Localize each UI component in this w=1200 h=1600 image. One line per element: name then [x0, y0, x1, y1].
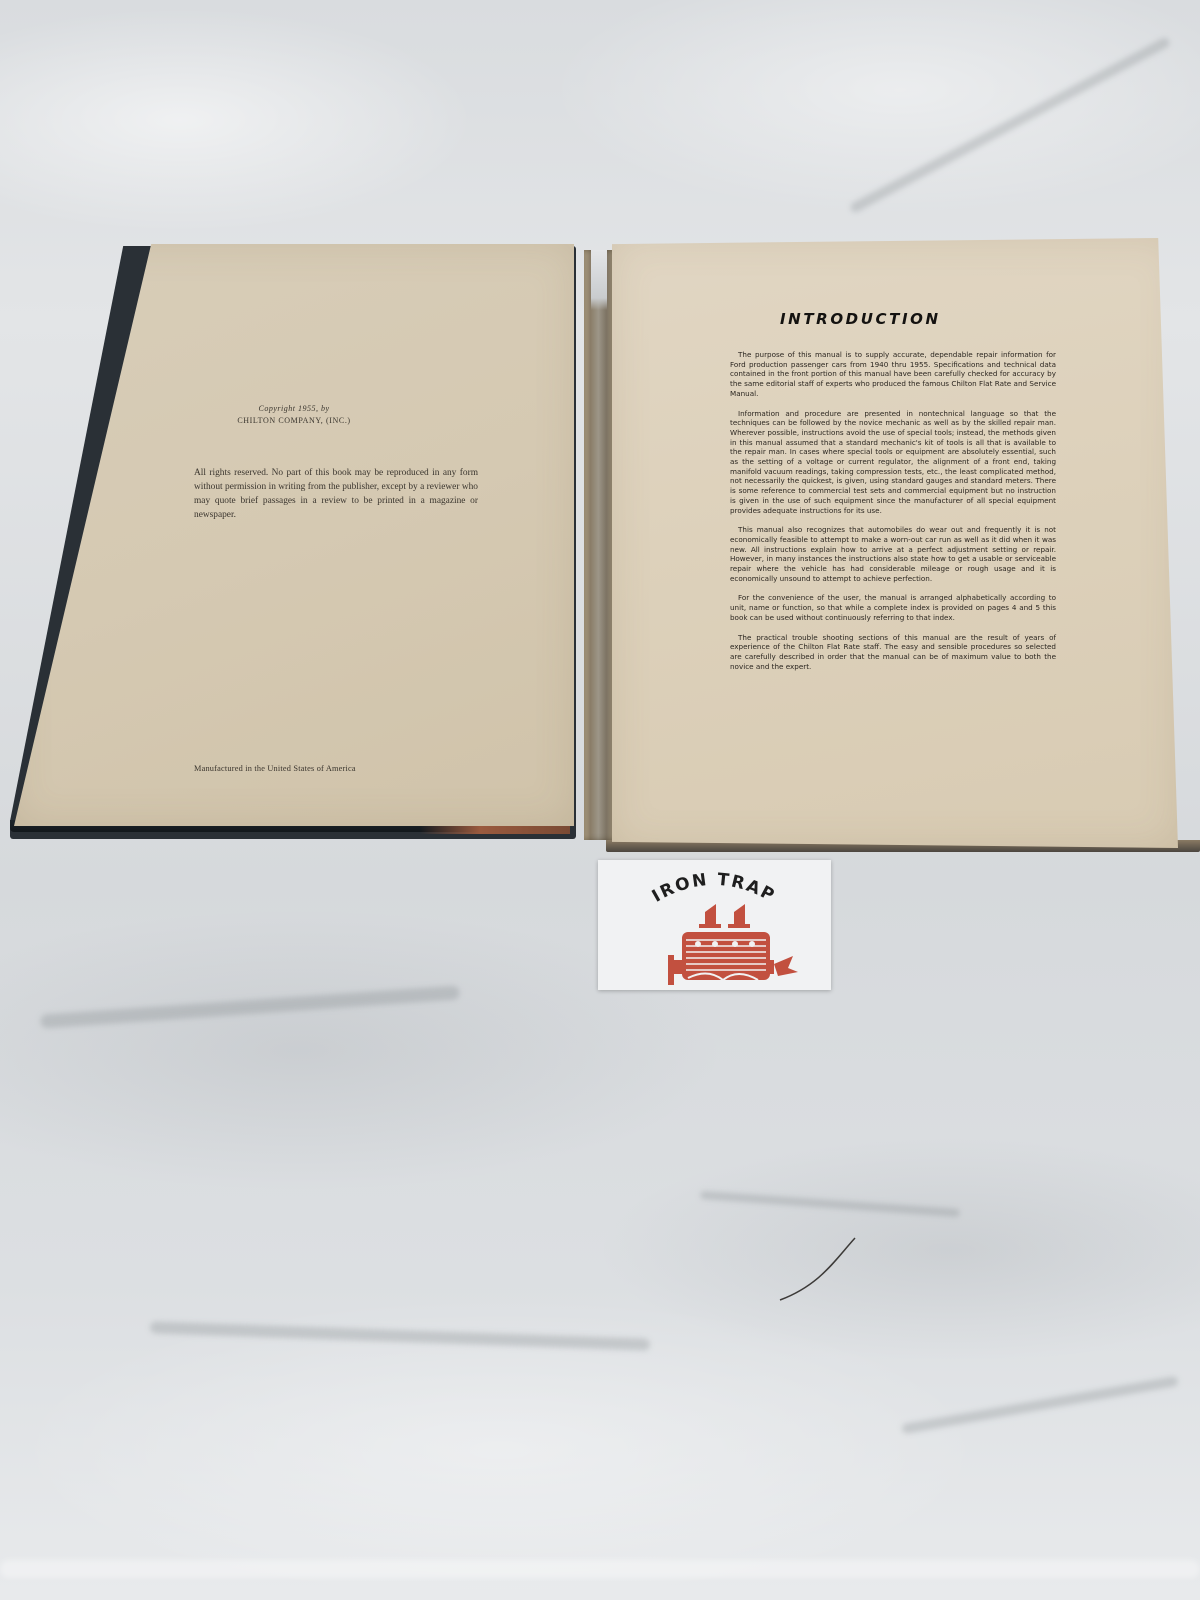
left-page: Copyright 1955, by CHILTON COMPANY, (INC… — [14, 244, 574, 826]
spine-gap — [591, 250, 607, 310]
cloth-fold — [700, 1191, 960, 1217]
intro-paragraph: The purpose of this manual is to supply … — [730, 350, 1056, 399]
brand-text: IRON TRAP — [649, 870, 779, 907]
manufactured-notice: Manufactured in the United States of Ame… — [194, 764, 356, 773]
introduction-body: The purpose of this manual is to supply … — [730, 350, 1056, 681]
cloth-fold — [849, 36, 1172, 214]
cloth-fold — [150, 1321, 650, 1350]
intro-paragraph: The practical trouble shooting sections … — [730, 633, 1056, 672]
cover-wear — [420, 826, 570, 834]
cloth-fold — [40, 985, 460, 1028]
rights-notice: All rights reserved. No part of this boo… — [194, 466, 478, 522]
loose-thread — [770, 1230, 870, 1310]
introduction-title: INTRODUCTION — [780, 310, 941, 328]
cloth-fold — [901, 1376, 1178, 1434]
intro-paragraph: Information and procedure are presented … — [730, 409, 1056, 516]
intro-paragraph: This manual also recognizes that automob… — [730, 525, 1056, 583]
intro-paragraph: For the convenience of the user, the man… — [730, 593, 1056, 622]
book-spine — [584, 250, 616, 840]
seller-card: IRON TRAP — [598, 860, 831, 990]
cloth-fold — [0, 1560, 1200, 1578]
